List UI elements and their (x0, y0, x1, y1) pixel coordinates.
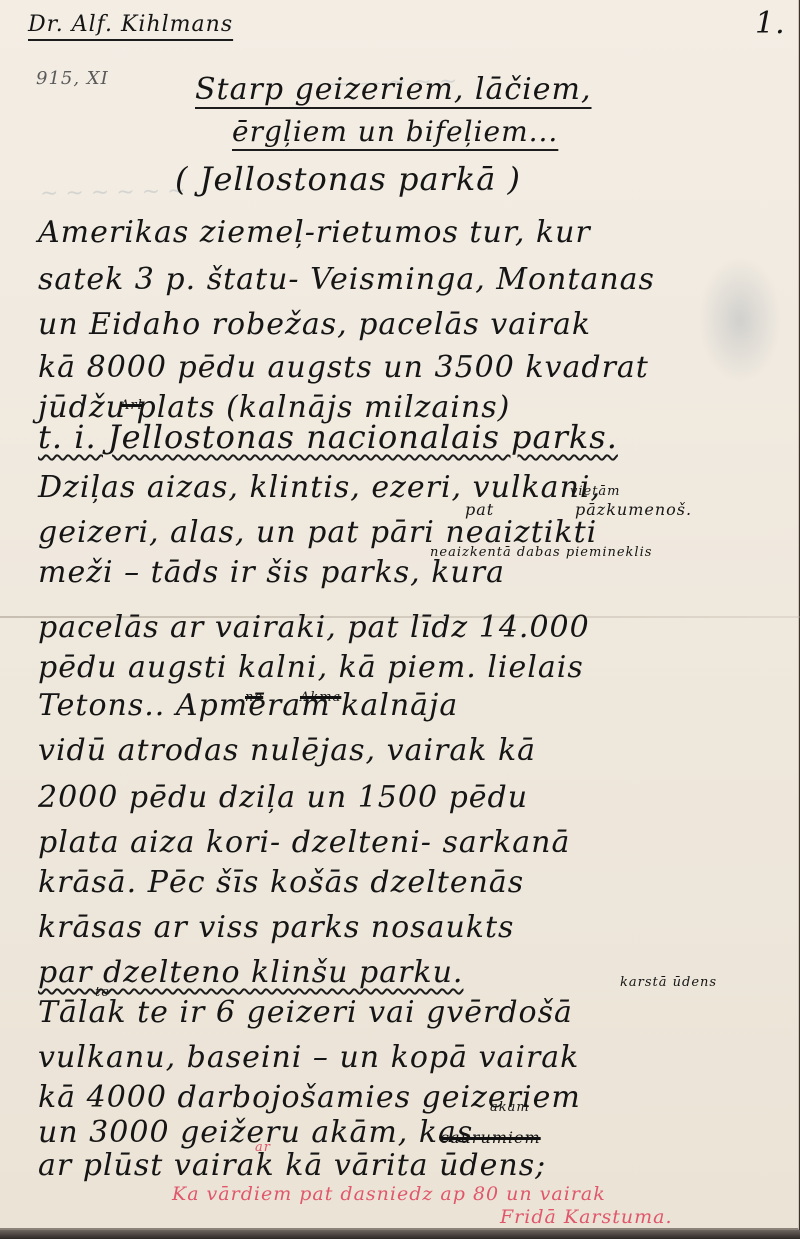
underlying-sheet-edge (0, 1230, 800, 1239)
body-line: ar plūst vairak kā vārita ūdens; (38, 1148, 546, 1183)
author-signature: Dr. Alf. Kihlmans (28, 12, 233, 37)
body-line: 2000 pēdu dziļa un 1500 pēdu (38, 780, 528, 815)
body-line: Amerikas ziemeļ-rietumos tur, kur (38, 215, 591, 250)
body-line: Tālak te ir 6 geizeri vai gvērdošā (38, 995, 573, 1030)
archive-mark: 915, XI (36, 68, 109, 89)
body-line: meži – tāds ir šis parks, kura (38, 555, 505, 590)
subtitle: ( Jellostonas parkā ) (175, 160, 521, 198)
body-line: Dziļas aizas, klintis, ezeri, vulkani, (38, 470, 601, 505)
struck-word: Arl (120, 398, 143, 413)
body-line: plata aiza kori- dzelteni- sarkanā (38, 825, 570, 860)
body-line: vulkanu, baseini – un kopā vairak (38, 1040, 579, 1075)
body-line: vidū atrodas nulējas, vairak kā (38, 733, 536, 768)
body-line: un Eidaho robežas, pacelās vairak (38, 307, 591, 342)
title-line-1: Starp geizeriem, lāčiem, (195, 72, 592, 107)
body-line: pēdu augsti kalni, kā piem. lielais (38, 650, 584, 685)
body-line: krāsas ar viss parks nosaukts (38, 910, 514, 945)
body-line: kā 8000 pēdu augsts un 3500 kvadrat (38, 350, 649, 385)
interlinear-insert: karstā ūdens (620, 975, 717, 990)
interlinear-insert: akam (490, 1100, 530, 1115)
body-line: t. i. Jellostonas nacionalais parks. (38, 418, 618, 456)
body-line: Tetons.. Apmēram kalnāja (38, 688, 458, 723)
body-line: satek 3 p. štatu- Veisminga, Montanas (38, 262, 655, 297)
red-annotation-line-1: Ka vārdiem pat dasniedz ap 80 un vairak (172, 1183, 606, 1205)
body-line: krāsā. Pēc šīs košās dzeltenās (38, 865, 524, 900)
page-number: 1. (755, 6, 786, 41)
manuscript-page: — — ~ ~ ~ ~ ~ ~ ~ ~ ~ Dr. Alf. Kihlmans … (0, 0, 799, 1230)
red-annotation-line-2: Fridā Karstuma. (500, 1206, 672, 1228)
bleed-through-text: ~ ~ ~ ~ ~ ~ (40, 179, 186, 207)
body-line: pacelās ar vairaki, pat līdz 14.000 (38, 610, 590, 645)
title-line-2: ērgļiem un bifeļiem... (232, 115, 558, 148)
